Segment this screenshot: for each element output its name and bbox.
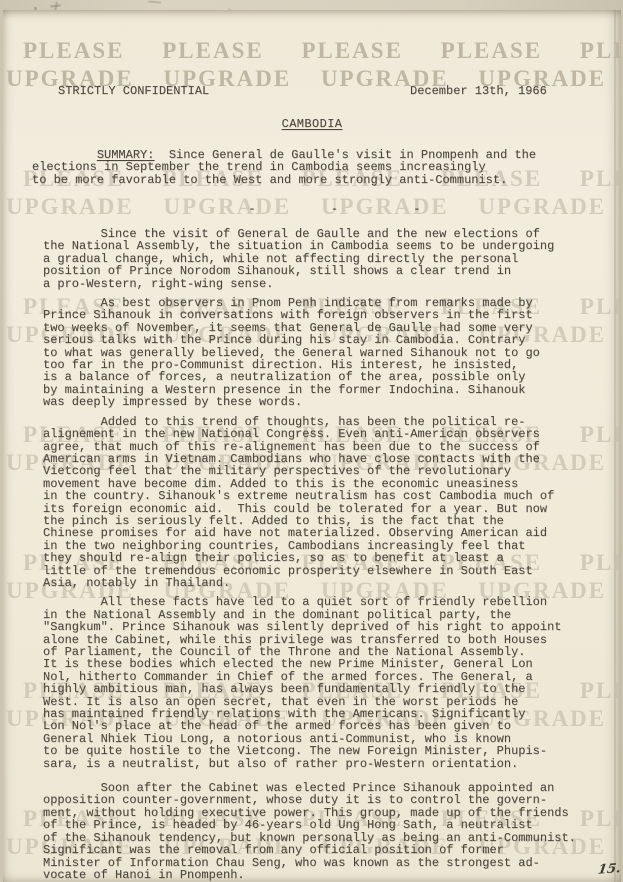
paragraph-3: Added to this trend of thoughts, has bee…: [43, 416, 621, 590]
paragraph-4: All these facts have led to a quiet sort…: [43, 596, 621, 770]
classification-label: STRICTLY CONFIDENTIAL: [58, 84, 209, 98]
handwritten-page-number: 15.: [597, 861, 621, 878]
body-text: Since the visit of General de Gaulle and…: [43, 228, 621, 881]
page-title: CAMBODIA: [282, 117, 343, 131]
pencil-mark: [148, 0, 161, 3]
paragraph-2: As best observers in Pnom Penh indicate …: [43, 297, 621, 409]
summary-line: elections in September the trend in Camb…: [32, 161, 536, 173]
typed-content: STRICTLY CONFIDENTIAL December 13th, 196…: [3, 10, 621, 882]
paragraph-5: Soon after the Cabinet was elected Princ…: [43, 782, 621, 881]
title-row: CAMBODIA: [3, 117, 621, 131]
summary-paragraph: SUMMARY: Since General de Gaulle's visit…: [32, 149, 536, 186]
summary-line: to be more favorable to the West and mor…: [32, 174, 536, 186]
paper-page: PLEASE PLEASE PLEASE PLEASE PLEASEUPGRAD…: [3, 10, 621, 882]
paragraph-1: Since the visit of General de Gaulle and…: [43, 228, 621, 290]
section-separator: - - -: [49, 202, 621, 216]
document-date: December 13th, 1966: [410, 84, 547, 98]
scanned-document: PLEASE PLEASE PLEASE PLEASE PLEASEUPGRAD…: [0, 0, 623, 882]
